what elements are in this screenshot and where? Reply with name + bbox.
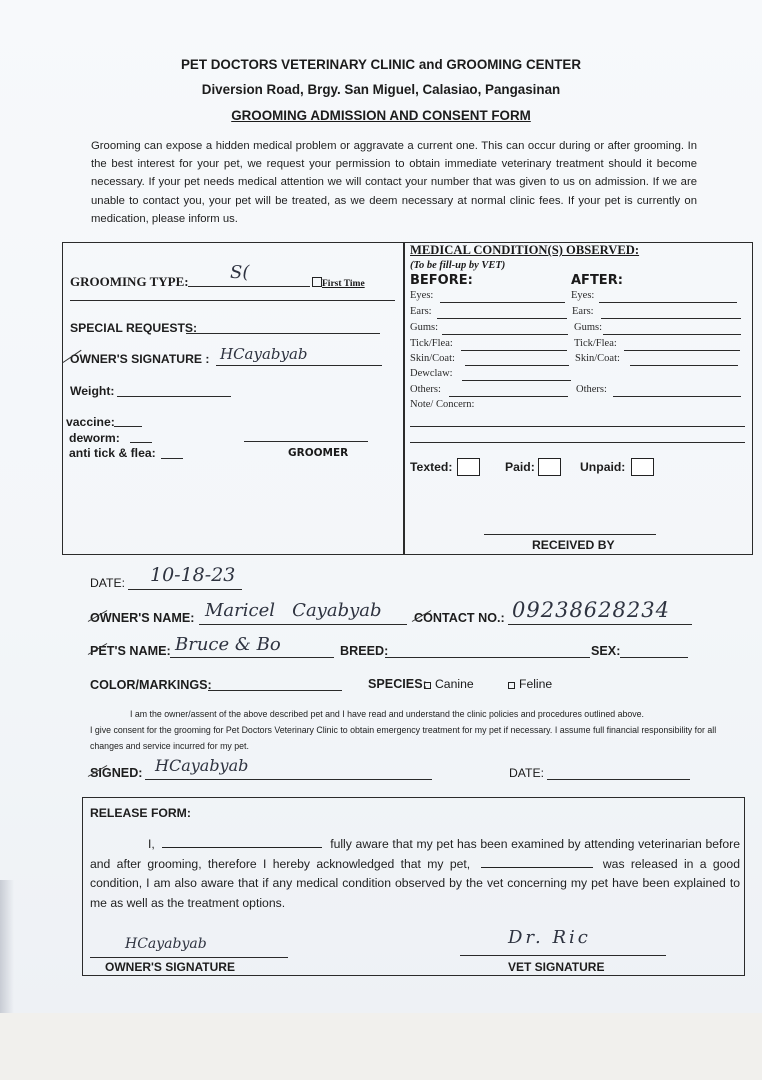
grooming-type-label: GROOMING TYPE: [70,274,189,290]
texted-label: Texted: [410,460,452,474]
after-field-label: Tick/Flea: [574,338,617,349]
before-field-label: Others: [410,384,441,395]
species-canine-option[interactable]: Canine [424,677,474,691]
groomer-label: GROOMER [288,447,348,459]
release-owner-signature-value: HCayabyab [125,936,207,952]
scanner-background [0,1013,762,1080]
clinic-address: Diversion Road, Brgy. San Miguel, Calasi… [0,82,762,97]
form-title: GROOMING ADMISSION AND CONSENT FORM [0,108,762,123]
sex-label: SEX: [591,644,620,658]
feline-label: Feline [519,677,552,691]
vaccine-field[interactable] [114,426,142,427]
intro-paragraph: Grooming can expose a hidden medical pro… [91,137,697,228]
unpaid-label: Unpaid: [580,460,625,474]
grooming-type-extra-line[interactable] [70,300,395,301]
received-by-label: RECEIVED BY [532,538,615,552]
anti-tick-flea-field[interactable] [161,458,183,459]
signed-label: SIGNED: [90,766,142,780]
species-label: SPECIES: [368,677,427,691]
after-field-label: Others: [576,384,607,395]
after-field-label: Ears: [572,306,594,317]
medical-conditions-title: MEDICAL CONDITION(S) OBSERVED: [410,243,639,258]
vaccine-label: vaccine: [66,415,115,429]
date-field[interactable] [128,589,242,590]
received-by-field[interactable] [484,534,656,535]
owner-signature-value: HCayabyab [220,345,308,363]
before-field-input[interactable] [449,396,568,397]
before-field-label: Ears: [410,306,432,317]
after-field-input[interactable] [603,334,741,335]
unpaid-checkbox[interactable] [631,458,654,476]
color-markings-field[interactable] [208,690,342,691]
owner-signature-field[interactable] [216,365,382,366]
release-paragraph: I, fully aware that my pet has been exam… [90,835,740,913]
note-concern-label: Note/ Concern: [410,399,474,410]
species-feline-option[interactable]: Feline [508,677,552,691]
after-field-input[interactable] [624,350,740,351]
box-divider [403,242,405,555]
consent-paragraph: I am the owner/assent of the above descr… [90,706,722,754]
grooming-type-field[interactable] [188,286,310,287]
consent-date-field[interactable] [547,779,690,780]
before-field-input[interactable] [465,365,569,366]
release-owner-name-field[interactable] [162,836,322,848]
date-label: DATE: [90,576,125,590]
pet-name-value: Bruce & Bo [175,634,281,655]
before-field-input[interactable] [440,302,565,303]
release-owner-signature-label: OWNER'S SIGNATURE [105,960,235,974]
before-label: BEFORE: [410,273,473,288]
grooming-type-value: S( [230,262,249,283]
contact-no-label: CONTACT NO.: [414,611,505,625]
consent-line-1: I am the owner/assent of the above descr… [90,706,722,722]
sex-field[interactable] [620,657,688,658]
note-line-1[interactable] [410,426,745,427]
after-field-label: Eyes: [571,290,594,301]
release-owner-signature-field[interactable] [90,957,288,958]
after-field-input[interactable] [630,365,738,366]
medical-subtitle: (To be fill-up by VET) [410,260,505,271]
after-label: AFTER: [571,273,623,288]
contact-no-value: 09238628234 [512,598,670,622]
date-value: 10-18-23 [150,564,235,586]
owner-name-field[interactable] [199,624,407,625]
pet-name-field[interactable] [170,657,334,658]
signed-value: HCayabyab [155,756,248,775]
release-text-1: I, [90,837,155,851]
anti-tick-flea-label: anti tick & flea: [69,446,156,460]
after-field-input[interactable] [613,396,741,397]
weight-label: Weight: [70,384,114,398]
color-markings-label: COLOR/MARKINGS: [90,678,212,692]
release-pet-name-field[interactable] [481,856,593,868]
breed-label: BREED: [340,644,388,658]
consent-rest: I give consent for the grooming for Pet … [90,722,722,754]
before-field-label: Dewclaw: [410,368,453,379]
before-field-label: Gums: [410,322,438,333]
paid-label: Paid: [505,460,535,474]
feline-checkbox[interactable] [508,682,515,689]
before-field-input[interactable] [462,380,571,381]
vet-signature-field[interactable] [460,955,666,956]
deworm-label: deworm: [69,431,120,445]
owner-signature-label: OWNER'S SIGNATURE : [70,352,209,366]
contact-no-field[interactable] [508,624,692,625]
texted-checkbox[interactable] [457,458,480,476]
note-line-2[interactable] [410,442,745,443]
canine-checkbox[interactable] [424,682,431,689]
before-field-input[interactable] [461,350,567,351]
consent-date-label: DATE: [509,766,544,780]
owner-name-value: Maricel Cayabyab [205,600,382,621]
clinic-name: PET DOCTORS VETERINARY CLINIC and GROOMI… [0,57,762,72]
before-field-label: Eyes: [410,290,433,301]
special-requests-label: SPECIAL REQUESTS: [70,321,197,335]
owner-name-label: OWNER'S NAME: [90,611,194,625]
after-field-label: Gums: [574,322,602,333]
weight-field[interactable] [117,396,231,397]
after-field-input[interactable] [601,318,741,319]
canine-label: Canine [435,677,474,691]
before-field-input[interactable] [437,318,567,319]
first-time-label: First Time [322,279,365,289]
groomer-signature-field[interactable] [244,441,368,442]
paid-checkbox[interactable] [538,458,561,476]
signed-field[interactable] [145,779,432,780]
vet-signature-label: VET SIGNATURE [508,960,604,974]
first-time-checkbox[interactable] [312,277,322,287]
release-form-title: RELEASE FORM: [90,806,191,820]
after-field-input[interactable] [599,302,737,303]
first-time-option[interactable]: First Time [312,277,365,289]
vet-signature-value: Dr. Ric [508,927,591,948]
breed-field[interactable] [385,657,590,658]
special-requests-field[interactable] [186,333,380,334]
deworm-field[interactable] [130,442,152,443]
before-field-label: Skin/Coat: [410,353,455,364]
before-field-input[interactable] [442,334,568,335]
page-curl-shadow [0,880,14,1013]
after-field-label: Skin/Coat: [575,353,620,364]
before-field-label: Tick/Flea: [410,338,453,349]
